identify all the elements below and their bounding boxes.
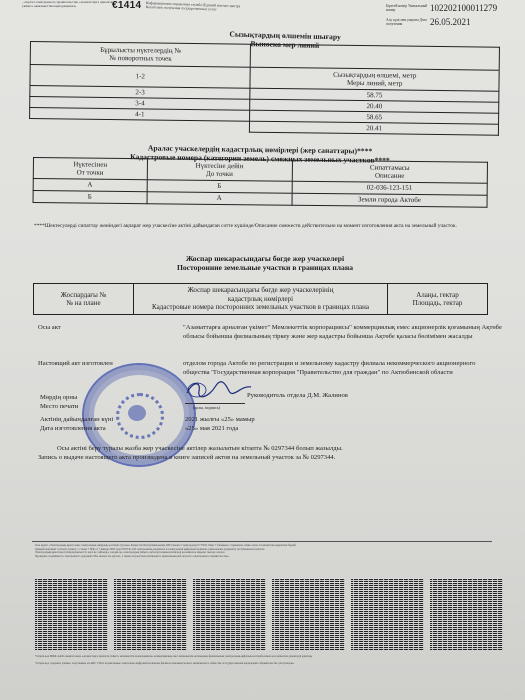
header-spacer xyxy=(251,44,500,70)
act-kz-text: "Азаматтарға арналған үкімет" Мемлекетті… xyxy=(183,323,503,341)
signature-scribble-icon xyxy=(185,379,255,401)
adjacent-plots-table: НүктесіненОт точкиНүктесіне дейінДо точк… xyxy=(33,157,488,208)
received-date: 26.05.2021 xyxy=(430,17,471,27)
footer-divider xyxy=(32,541,492,542)
col-area: Алаңы, гектарПлощадь, гектар xyxy=(388,284,488,315)
header-from-point: НүктесіненОт точки xyxy=(33,158,147,180)
point-pair: 1-2 xyxy=(30,65,251,89)
service-code: €1414 xyxy=(112,0,141,11)
document-page: ...портал электронного правительства «Аз… xyxy=(0,0,525,700)
qr-code-icon xyxy=(272,578,345,650)
record-kz: Осы актіні беру туралы жазба жер учаскес… xyxy=(57,444,507,453)
to-point: А xyxy=(147,192,292,206)
header-turning-points: Бұрылысты нүктелердің №№ поворотных точе… xyxy=(30,42,251,68)
barcode-notes: *штрих-код МЖК ААЖ алынған және «Азаматт… xyxy=(35,655,475,668)
signature-caption: (қолы, подпись) xyxy=(193,405,220,410)
unique-number: 102202100011279 xyxy=(430,3,497,13)
col-plan-number: Жоспардағы №№ на плане xyxy=(34,284,134,315)
foreign-title-kz: Жоспар шекарасындағы бөгде жер учаскелер… xyxy=(80,254,450,263)
received-date-label: Алу күні мен уақыты Дата получения xyxy=(386,18,430,26)
signature xyxy=(185,385,245,404)
date-label-ru: Дата изготовления акта xyxy=(40,424,106,433)
qr-code-icon xyxy=(351,578,424,650)
act-ru-label: Настоящий акт изготовлен xyxy=(38,359,113,368)
stamp-emblem-icon xyxy=(128,405,146,421)
legal-text: Осы құжат «Электрондық құжат және электр… xyxy=(35,544,475,558)
barcode-note: *штрих-код МЖК ААЖ алынған және «Азаматт… xyxy=(35,655,475,659)
act-ru-text: отделом города Актобе по регистрации и з… xyxy=(183,359,503,377)
adjacent-description: Земли города Актобе xyxy=(292,193,487,207)
from-point: Б xyxy=(33,191,147,204)
foreign-plots-table: Жоспардағы №№ на плане Жоспар шекарасынд… xyxy=(33,283,488,315)
service-description: Информационно-справочная служба (Единый … xyxy=(146,1,256,13)
foreign-section-title: Жоспар шекарасындағы бөгде жер учаскелер… xyxy=(80,254,450,272)
foreign-title-ru: Посторонние земельные участки в границах… xyxy=(80,263,450,272)
point-pair xyxy=(29,119,250,133)
header-left-text: ...портал электронного правительства «Аз… xyxy=(22,0,122,8)
header-line-length: Сызықтардың өлшемі, метрМеры линий, метр xyxy=(250,67,499,91)
act-kz-label: Осы акт xyxy=(38,323,61,332)
qr-code-icon xyxy=(114,578,187,650)
qr-code-icon xyxy=(430,578,503,650)
header-meta: Бірегей нөмір Уникальный номер 102202100… xyxy=(386,3,521,31)
line-measures-table: Бұрылысты нүктелердің №№ поворотных точе… xyxy=(29,41,500,136)
legal-text-line: Проверить подлинность электронного докум… xyxy=(35,555,475,559)
line-length: 20.41 xyxy=(250,121,499,135)
col-cadastral-numbers: Жоспар шекарасындағы бөгде жер учаскелер… xyxy=(134,284,388,315)
unique-number-label: Бірегей нөмір Уникальный номер xyxy=(386,4,430,12)
stamp-label-ru: Место печати xyxy=(40,402,78,411)
qr-code-icon xyxy=(193,578,266,650)
date-label-kz: Актінің дайындалған күні xyxy=(40,415,113,424)
qr-code-icon xyxy=(35,578,108,650)
stamp-label-kz: Мөрдің орны xyxy=(40,393,77,402)
adjacent-footnote: ****Шектесулерді сипаттау жөніндегі ақпа… xyxy=(34,223,504,230)
barcode-note: *штрих-код содержит данные, полученные и… xyxy=(35,662,475,666)
signer-name: Руководитель отдела Д.М. Жалинов xyxy=(247,391,348,400)
act-date-ru: «25» мая 2021 года xyxy=(185,424,238,433)
header-to-point: Нүктесіне дейінДо точки xyxy=(147,159,292,182)
act-date-kz: 2021 жылғы «25» мамыр xyxy=(185,415,255,424)
header-description: СипаттамасыОписание xyxy=(292,160,487,183)
record-ru: Запись о выдаче настоящего акта произвед… xyxy=(38,453,508,462)
